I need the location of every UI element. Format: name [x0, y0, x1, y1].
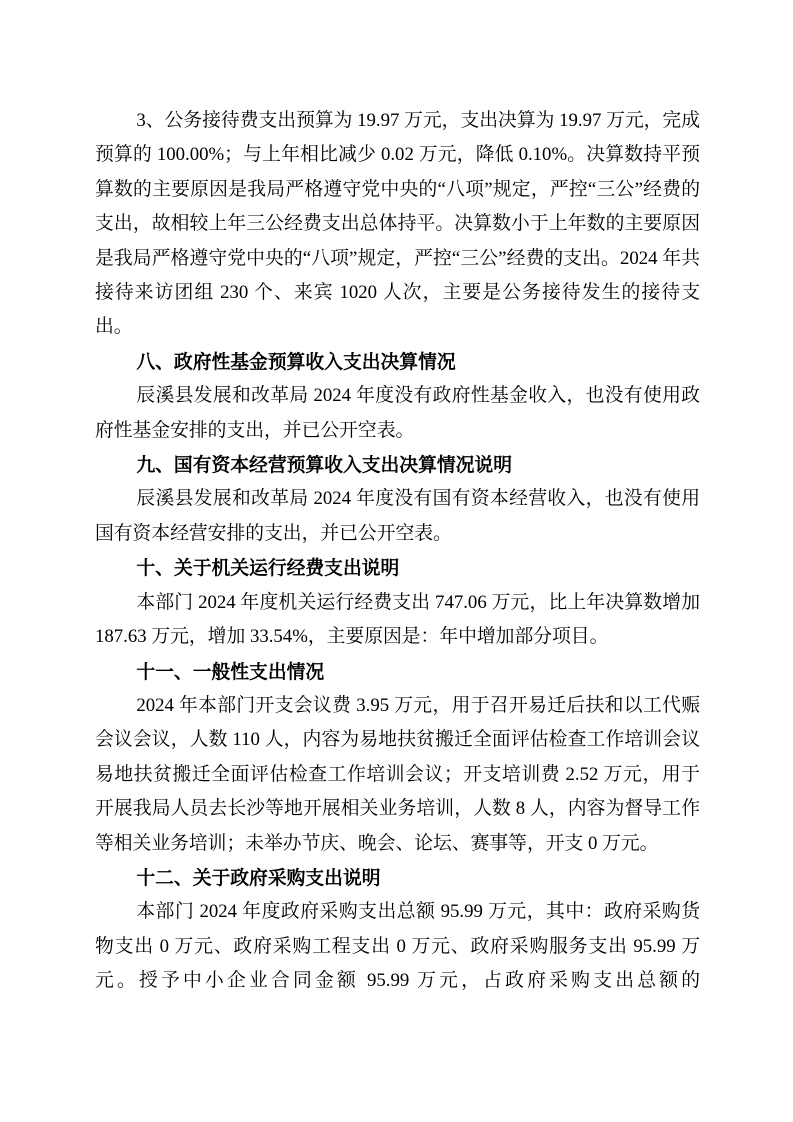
para-state-capital-budget: 辰溪县发展和改革局 2024 年度没有国有资本经营收入，也没有使用国有资本经营安… — [95, 482, 700, 551]
heading-general-expense: 十一、一般性支出情况 — [95, 655, 700, 689]
document-body: 3、公务接待费支出预算为 19.97 万元，支出决算为 19.97 万元，完成预… — [0, 0, 793, 999]
para-general-expense: 2024 年本部门开支会议费 3.95 万元，用于召开易迁后扶和以工代赈会议会议… — [95, 689, 700, 861]
para-govt-procurement: 本部门 2024 年度政府采购支出总额 95.99 万元，其中：政府采购货物支出… — [95, 895, 700, 998]
heading-govt-fund-budget: 八、政府性基金预算收入支出决算情况 — [95, 345, 700, 379]
heading-state-capital-budget: 九、国有资本经营预算收入支出决算情况说明 — [95, 448, 700, 482]
document-page: 3、公务接待费支出预算为 19.97 万元，支出决算为 19.97 万元，完成预… — [0, 0, 793, 1122]
heading-agency-operating-expense: 十、关于机关运行经费支出说明 — [95, 551, 700, 585]
para-agency-operating-expense: 本部门 2024 年度机关运行经费支出 747.06 万元，比上年决算数增加 1… — [95, 586, 700, 655]
para-govt-fund-budget: 辰溪县发展和改革局 2024 年度没有政府性基金收入，也没有使用政府性基金安排的… — [95, 379, 700, 448]
para-official-reception-expense: 3、公务接待费支出预算为 19.97 万元，支出决算为 19.97 万元，完成预… — [95, 104, 700, 345]
heading-govt-procurement: 十二、关于政府采购支出说明 — [95, 861, 700, 895]
